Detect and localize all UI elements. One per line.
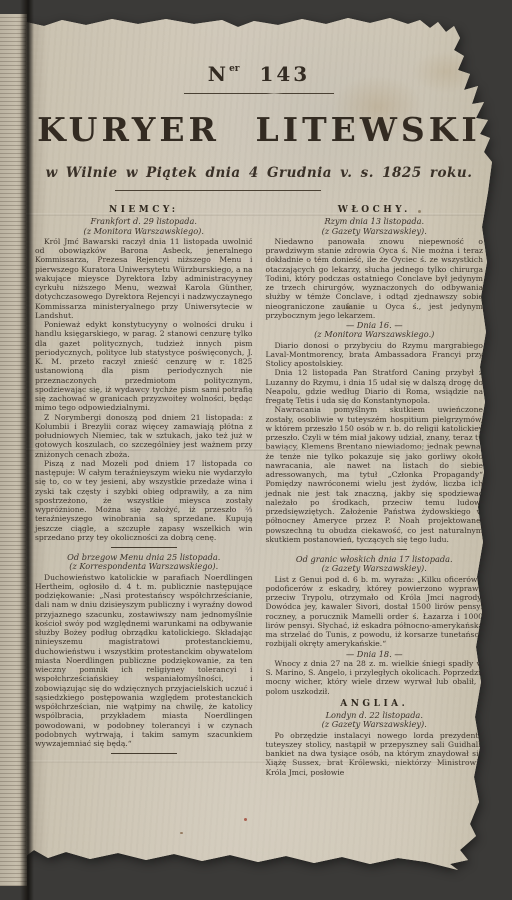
article-source: (z Monitora Warszawskiego.)	[266, 330, 484, 339]
article-divider	[111, 547, 177, 548]
article-paragraph: Król Jmć Bawarski raczył dnia 11 listopa…	[35, 237, 253, 320]
article-paragraph: Nawracania pomyślnym skutkiem uwieńczone…	[266, 405, 484, 544]
section-heading-wlochy: WŁOCHY.	[266, 206, 484, 215]
article-source: (z Monitora Warszawskiego).	[35, 227, 253, 236]
article-divider	[111, 753, 177, 754]
article-paragraph: Wnocy z dnia 27 na 28 z. m. wielkie śnie…	[266, 659, 484, 696]
section-heading-niemcy: NIEMCY:	[35, 206, 253, 215]
adjacent-page-sliver	[0, 14, 27, 886]
section-heading-anglia: ANGLIA.	[266, 700, 484, 709]
article-source: (z Gazety Warszawskiey).	[266, 564, 484, 573]
article-paragraph: Piszą z nad Mozeli pod dniem 17 listopad…	[35, 459, 253, 542]
article-divider	[341, 549, 407, 550]
masthead-dateline: w Wilnie w Piątek dnia 4 Grudnia v. s. 1…	[26, 165, 492, 181]
article-paragraph: Ponieważ edykt konstytucyyny o wolności …	[35, 320, 253, 413]
article-paragraph: Dnia 12 listopada Pan Stratford Caning p…	[266, 368, 484, 405]
article-source: (z Gazety Warszawskiey).	[266, 720, 484, 729]
left-column: NIEMCY: Frankfort d. 29 listopada. (z Mo…	[35, 204, 253, 777]
right-column: WŁOCHY. Rzym dnia 13 listopada. (z Gazet…	[266, 204, 484, 777]
article-paragraph: Duchowieństwo katolickie w parafiach Noe…	[35, 573, 253, 749]
masthead-rule-top	[184, 93, 334, 94]
newspaper-page: Ner 143 KURYER LITEWSKI w Wilnie w Piąte…	[26, 12, 492, 888]
scan-backdrop: Ner 143 KURYER LITEWSKI w Wilnie w Piąte…	[0, 0, 512, 900]
masthead: Ner 143 KURYER LITEWSKI w Wilnie w Piąte…	[26, 12, 492, 191]
issue-superscript: er	[229, 64, 239, 74]
issue-value: 143	[259, 62, 310, 86]
article-paragraph: List z Genui pod d. 6 b. m. wyraża: „Kil…	[266, 575, 484, 649]
article-paragraph: Po obrzędzie instalacyi nowego lorda pre…	[266, 731, 484, 777]
issue-number: Ner 143	[26, 62, 492, 86]
issue-prefix: N	[208, 62, 229, 86]
stain-mark	[180, 832, 183, 834]
article-paragraph: Diario donosi o przybyciu do Rzymu margr…	[266, 341, 484, 369]
article-subhead: — Dnia 18. —	[266, 650, 484, 659]
article-paragraph: Niedawno panowała znowu niepewność o pra…	[266, 237, 484, 320]
stain-mark	[244, 818, 247, 821]
article-source: (z Korrespondenta Warszawskiego).	[35, 562, 253, 571]
newspaper-page-wrap: Ner 143 KURYER LITEWSKI w Wilnie w Piąte…	[26, 12, 492, 888]
article-paragraph: Z Norymbergi donoszą pod dniem 21 listop…	[35, 413, 253, 459]
article-source: (z Gazety Warszawskiey).	[266, 227, 484, 236]
newspaper-title: KURYER LITEWSKI	[26, 110, 492, 149]
body-columns: NIEMCY: Frankfort d. 29 listopada. (z Mo…	[26, 191, 492, 777]
